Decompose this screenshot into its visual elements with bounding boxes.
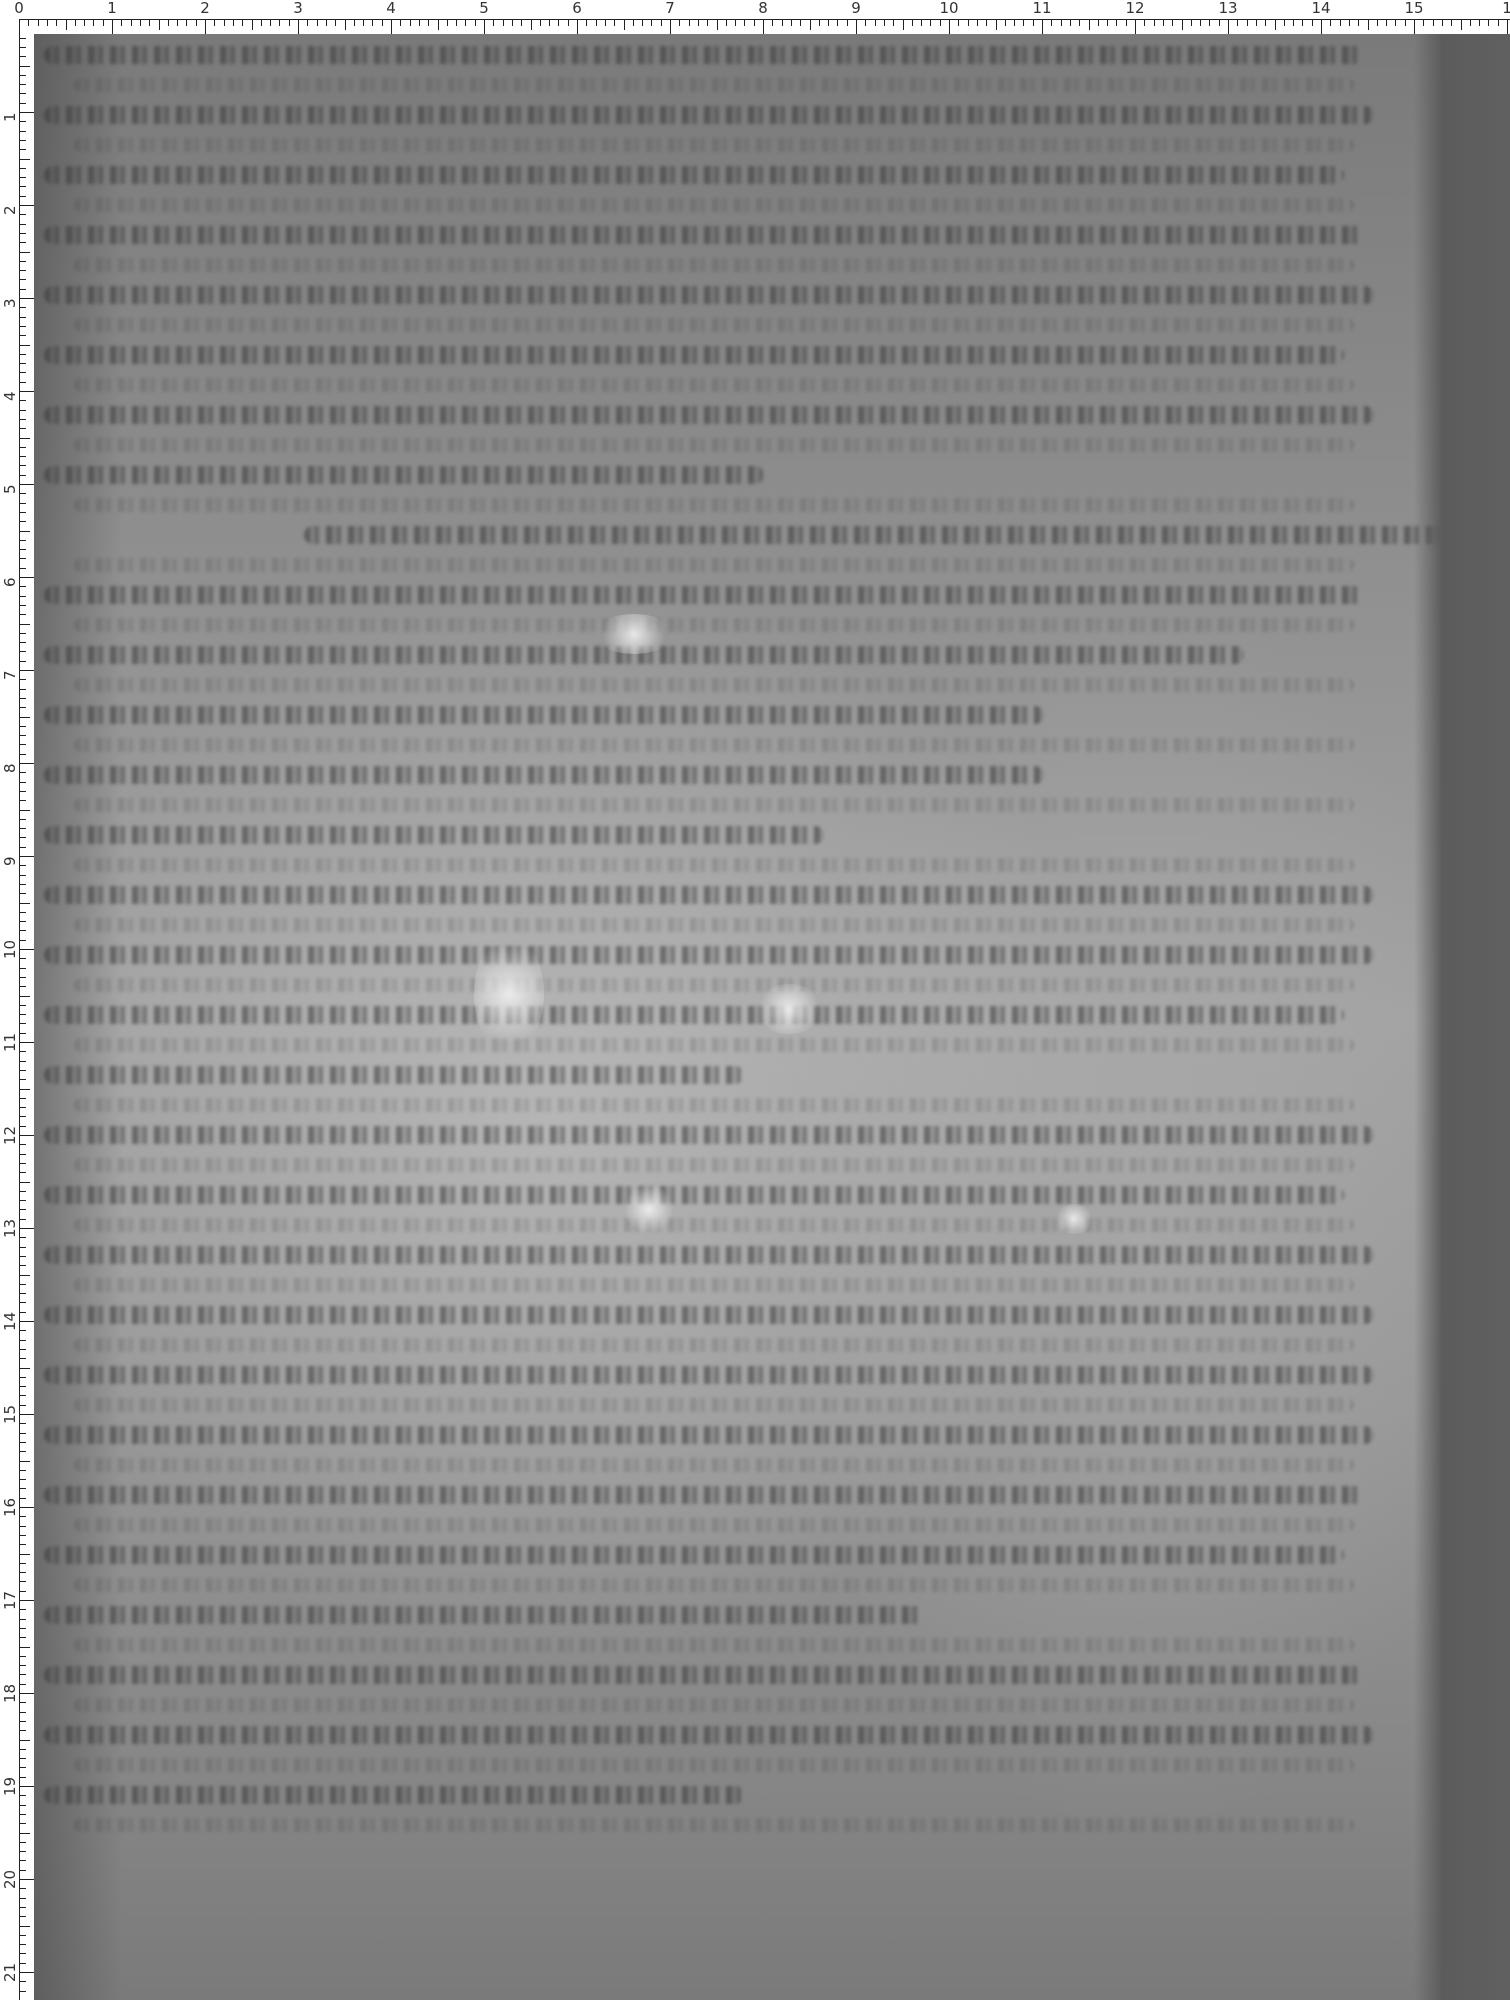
ruler-tick	[1386, 20, 1387, 26]
bleed-through-line	[74, 1398, 1354, 1412]
ruler-tick	[20, 1795, 26, 1796]
handwritten-line	[44, 586, 1364, 604]
ruler-tick	[20, 1944, 26, 1945]
ruler-tick	[772, 20, 773, 26]
ruler-tick	[20, 1935, 26, 1936]
ruler-tick	[20, 1898, 26, 1899]
ruler-tick	[20, 1981, 26, 1982]
ruler-tick	[20, 1433, 26, 1434]
ruler-tick	[20, 1805, 26, 1806]
ruler-tick	[20, 75, 26, 76]
ruler-tick	[20, 1842, 26, 1843]
ruler-tick	[20, 1647, 30, 1648]
bleed-through-line	[74, 138, 1354, 152]
ruler-tick	[20, 735, 26, 736]
ruler-tick	[717, 20, 718, 30]
ruler-label: 4	[2, 391, 18, 401]
ruler-label: 0	[14, 0, 24, 16]
ruler-tick	[1070, 20, 1071, 26]
bleed-through-line	[74, 258, 1354, 272]
ruler-tick	[651, 20, 652, 26]
ruler-tick	[20, 1851, 26, 1852]
ruler-tick	[20, 875, 26, 876]
ruler-tick	[20, 1451, 26, 1452]
bleed-through-line	[74, 1038, 1354, 1052]
ruler-tick	[20, 968, 26, 969]
ruler-tick	[20, 1395, 26, 1396]
ruler-tick	[20, 475, 26, 476]
ruler-label: 10	[2, 940, 18, 959]
ruler-tick	[1005, 20, 1006, 26]
ruler-tick	[20, 1609, 26, 1610]
handwritten-line	[44, 346, 1344, 364]
handwritten-line	[44, 46, 1364, 64]
ruler-tick	[20, 1321, 34, 1322]
ruler-tick	[214, 20, 215, 26]
ruler-label: 18	[2, 1684, 18, 1703]
ruler-tick	[447, 20, 448, 26]
ruler-tick	[568, 20, 569, 26]
ruler-tick	[20, 465, 26, 466]
ruler-tick	[475, 20, 476, 26]
ruler-tick	[354, 20, 355, 26]
ruler-tick	[1405, 20, 1406, 26]
ruler-tick	[20, 493, 26, 494]
ruler-label: 11	[2, 1033, 18, 1052]
ruler-tick	[503, 20, 504, 26]
handwritten-line	[44, 466, 764, 484]
ruler-tick	[20, 1461, 30, 1462]
ruler-tick	[1107, 20, 1108, 26]
ruler-tick	[20, 1470, 26, 1471]
ruler-tick	[20, 1907, 26, 1908]
ruler-tick	[1312, 20, 1313, 26]
ruler-tick	[75, 20, 76, 26]
ruler-tick	[20, 1144, 26, 1145]
ruler-tick	[20, 1516, 26, 1517]
ruler-tick	[633, 20, 634, 26]
ruler-tick	[20, 596, 26, 597]
handwritten-line	[44, 1306, 1374, 1324]
handwritten-line	[44, 1426, 1374, 1444]
ruler-tick	[20, 810, 30, 811]
ruler-tick	[20, 1926, 30, 1927]
bleed-through-line	[74, 798, 1354, 812]
ruler-tick	[20, 112, 34, 113]
ruler-tick	[20, 642, 26, 643]
ruler-tick	[20, 186, 26, 187]
ruler-tick	[20, 1070, 26, 1071]
ruler-tick	[1479, 20, 1480, 26]
ruler-tick	[661, 20, 662, 26]
ruler-tick	[47, 20, 48, 26]
ruler-tick	[810, 20, 811, 30]
ruler-tick	[20, 1312, 26, 1313]
ruler-tick	[20, 1572, 26, 1573]
ruler-tick	[1023, 20, 1024, 26]
ruler-label: 6	[572, 0, 582, 16]
ruler-tick	[20, 903, 30, 904]
ruler-tick	[20, 66, 30, 67]
ruler-tick	[1498, 20, 1499, 26]
ruler-tick	[270, 20, 271, 26]
ruler-tick	[20, 391, 34, 392]
ruler-tick	[1265, 20, 1266, 26]
ruler-tick	[642, 20, 643, 26]
ruler-tick	[577, 20, 578, 34]
ruler-tick	[20, 1535, 26, 1536]
ruler-tick	[800, 20, 801, 26]
ruler-tick	[20, 893, 26, 894]
ruler-tick	[1237, 20, 1238, 26]
handwritten-line	[44, 166, 1344, 184]
ruler-tick	[977, 20, 978, 26]
ruler-tick	[20, 428, 26, 429]
ruler-tick	[93, 20, 94, 26]
ruler-tick	[20, 1116, 26, 1117]
ruler-tick	[20, 1721, 26, 1722]
ruler-tick	[20, 345, 30, 346]
ruler-label: 14	[1311, 0, 1330, 16]
ruler-tick	[1358, 20, 1359, 26]
ruler-tick	[242, 20, 243, 26]
handwritten-line	[44, 1366, 1374, 1384]
ruler-label: 19	[2, 1777, 18, 1796]
ruler-tick	[20, 1163, 26, 1164]
ruler-tick	[20, 270, 26, 271]
ruler-tick	[20, 624, 30, 625]
bleed-through-line	[74, 678, 1354, 692]
ruler-tick	[540, 20, 541, 26]
handwritten-line	[44, 1066, 744, 1084]
ruler-label: 13	[1218, 0, 1237, 16]
ruler-tick	[20, 1061, 26, 1062]
ruler-tick	[335, 20, 336, 26]
ruler-tick	[103, 20, 104, 26]
ruler-tick	[968, 20, 969, 26]
ruler-tick	[1144, 20, 1145, 26]
ruler-tick	[847, 20, 848, 26]
manuscript-scan	[34, 34, 1510, 2000]
ruler-tick	[307, 20, 308, 26]
handwritten-line	[44, 226, 1364, 244]
ruler-tick	[856, 20, 857, 34]
ruler-tick	[1154, 20, 1155, 26]
ruler-label: 5	[479, 0, 489, 16]
ruler-label: 9	[2, 856, 18, 866]
ruler-tick	[996, 20, 997, 30]
ruler-tick	[20, 996, 30, 997]
ruler-label: 9	[851, 0, 861, 16]
ruler-tick	[1395, 20, 1396, 26]
ruler-tick	[20, 84, 26, 85]
ruler-tick	[20, 103, 26, 104]
bleed-through-line	[74, 1278, 1354, 1292]
ruler-tick	[493, 20, 494, 26]
ruler-tick	[20, 1758, 26, 1759]
ruler-tick	[20, 689, 26, 690]
ruler-tick	[20, 261, 26, 262]
ruler-tick	[20, 1953, 26, 1954]
ruler-tick	[20, 1209, 26, 1210]
bright-stain	[754, 984, 824, 1034]
ruler-tick	[20, 1228, 34, 1229]
ruler-tick	[20, 1042, 34, 1043]
ruler-tick	[20, 1414, 34, 1415]
ruler-tick	[596, 20, 597, 26]
ruler-tick	[20, 233, 26, 234]
ruler-tick	[140, 20, 141, 26]
ruler-tick	[893, 20, 894, 26]
bleed-through-line	[74, 1518, 1354, 1532]
ruler-tick	[754, 20, 755, 26]
ruler-tick	[438, 20, 439, 30]
ruler-tick	[735, 20, 736, 26]
ruler-tick	[20, 1302, 26, 1303]
ruler-tick	[744, 20, 745, 26]
ruler-tick	[586, 20, 587, 26]
ruler-tick	[20, 289, 26, 290]
ruler-tick	[20, 1833, 30, 1834]
ruler-tick	[1116, 20, 1117, 26]
ruler-tick	[20, 856, 34, 857]
handwritten-line	[44, 1486, 1364, 1504]
ruler-tick	[20, 382, 26, 383]
ruler-tick	[20, 1730, 26, 1731]
ruler-tick	[345, 20, 346, 30]
bleed-through-line	[74, 498, 1354, 512]
ruler-tick	[149, 20, 150, 26]
ruler-tick	[20, 1749, 26, 1750]
ruler-tick	[20, 698, 26, 699]
ruler-tick	[20, 772, 26, 773]
ruler-label: 3	[2, 298, 18, 308]
ruler-tick	[1172, 20, 1173, 26]
ruler-tick	[298, 20, 299, 34]
ruler-tick	[224, 20, 225, 26]
ruler-tick	[20, 549, 26, 550]
ruler-tick	[20, 754, 26, 755]
ruler-tick	[177, 20, 178, 26]
ruler-tick	[20, 1014, 26, 1015]
ruler-label: 10	[939, 0, 958, 16]
ruler-tick	[279, 20, 280, 26]
ruler-tick	[20, 1126, 26, 1127]
ruler-tick	[112, 20, 113, 34]
ruler-tick	[20, 512, 26, 513]
ruler-tick	[20, 884, 26, 885]
ruler-tick	[484, 20, 485, 34]
ruler-tick	[1098, 20, 1099, 26]
ruler-tick	[1451, 20, 1452, 26]
ruler-tick	[84, 20, 85, 26]
ruler-tick	[20, 1154, 26, 1155]
ruler-tick	[20, 977, 26, 978]
bright-stain	[474, 934, 544, 1054]
ruler-tick	[20, 717, 30, 718]
ruler-tick	[20, 1619, 26, 1620]
ruler-tick	[20, 1637, 26, 1638]
ruler-tick	[20, 354, 26, 355]
ruler-tick	[20, 1079, 26, 1080]
ruler-tick	[20, 1349, 26, 1350]
bleed-through-line	[74, 978, 1354, 992]
handwritten-line	[304, 526, 1510, 544]
handwritten-line	[44, 1606, 924, 1624]
handwritten-line	[44, 1126, 1374, 1144]
ruler-tick	[20, 531, 30, 532]
ruler-label: 15	[2, 1405, 18, 1424]
ruler-tick	[1014, 20, 1015, 26]
ruler-tick	[1349, 20, 1350, 26]
ruler-label: 17	[2, 1591, 18, 1610]
ruler-label: 15	[1404, 0, 1423, 16]
ruler-tick	[20, 298, 34, 299]
bleed-through-line	[74, 1098, 1354, 1112]
ruler-tick	[558, 20, 559, 26]
bleed-through-line	[74, 1218, 1354, 1232]
ruler-tick	[20, 1777, 26, 1778]
ruler-tick	[1330, 20, 1331, 26]
ruler-tick	[20, 1284, 26, 1285]
ruler-tick	[121, 20, 122, 26]
bleed-through-line	[74, 1458, 1354, 1472]
ruler-tick	[66, 20, 67, 30]
ruler-tick	[1423, 20, 1424, 26]
ruler-tick	[1126, 20, 1127, 26]
ruler-tick	[1163, 20, 1164, 26]
ruler-tick	[1191, 20, 1192, 26]
ruler-tick	[1302, 20, 1303, 26]
ruler-tick	[940, 20, 941, 26]
ruler-tick	[828, 20, 829, 26]
ruler-tick	[20, 1814, 26, 1815]
ruler-tick	[20, 419, 26, 420]
ruler-tick	[20, 661, 26, 662]
ruler-tick	[949, 20, 950, 34]
ruler-label: 6	[2, 577, 18, 587]
ruler-tick	[20, 1581, 26, 1582]
ruler-tick	[20, 521, 26, 522]
ruler-tick	[20, 252, 30, 253]
ruler-tick	[20, 1219, 26, 1220]
ruler-tick	[20, 1358, 26, 1359]
ruler-tick	[20, 679, 26, 680]
ruler-tick	[20, 1963, 26, 1964]
ruler-label: 12	[1125, 0, 1144, 16]
ruler-tick	[549, 20, 550, 26]
ruler-tick	[726, 20, 727, 26]
ruler-tick	[865, 20, 866, 26]
ruler-label: 13	[2, 1219, 18, 1238]
ruler-tick	[20, 1674, 26, 1675]
ruler-tick	[20, 1693, 34, 1694]
ruler-tick	[837, 20, 838, 26]
ruler-tick	[1135, 20, 1136, 34]
handwritten-line	[44, 406, 1374, 424]
bright-stain	[624, 1184, 674, 1234]
ruler-tick	[1042, 20, 1043, 34]
ruler-tick	[363, 20, 364, 26]
ruler-tick	[20, 1767, 26, 1768]
handwritten-line	[44, 1246, 1374, 1264]
ruler-tick	[20, 828, 26, 829]
ruler-tick	[1089, 20, 1090, 30]
ruler-tick	[20, 1247, 26, 1248]
ruler-tick	[614, 20, 615, 26]
bleed-through-line	[74, 738, 1354, 752]
ruler-tick	[20, 1237, 26, 1238]
ruler-tick	[1256, 20, 1257, 26]
ruler-tick	[20, 558, 26, 559]
ruler-tick	[372, 20, 373, 26]
ruler-tick	[20, 140, 26, 141]
ruler-tick	[707, 20, 708, 26]
ruler-tick	[1079, 20, 1080, 26]
ruler-tick	[20, 1386, 26, 1387]
ruler-tick	[20, 456, 26, 457]
ruler-tick	[20, 1591, 26, 1592]
ruler-tick	[196, 20, 197, 26]
ruler-label: 2	[2, 205, 18, 215]
ruler-label: 11	[1032, 0, 1051, 16]
handwritten-line	[44, 706, 1044, 724]
ruler-label: 1	[2, 112, 18, 122]
bleed-through-line	[74, 1818, 1354, 1832]
handwritten-line	[44, 826, 824, 844]
ruler-tick	[20, 242, 26, 243]
ruler-label: 8	[2, 763, 18, 773]
ruler-tick	[20, 149, 26, 150]
ruler-tick	[186, 20, 187, 26]
ruler-tick	[20, 1089, 30, 1090]
bleed-through-line	[74, 558, 1354, 572]
ruler-tick	[20, 614, 26, 615]
ruler-tick	[20, 317, 26, 318]
ruler-tick	[819, 20, 820, 26]
ruler-tick	[670, 20, 671, 34]
ruler-tick	[20, 1823, 26, 1824]
bright-stain	[594, 614, 674, 654]
ruler-tick	[782, 20, 783, 26]
bleed-through-line	[74, 1578, 1354, 1592]
ruler-tick	[698, 20, 699, 26]
ruler-label: 7	[665, 0, 675, 16]
ruler-tick	[20, 1135, 34, 1136]
ruler-label: 5	[2, 484, 18, 494]
horizontal-ruler: 01234567891011121314151	[0, 0, 1510, 34]
ruler-tick	[20, 1023, 26, 1024]
ruler-tick	[1340, 20, 1341, 26]
ruler-tick	[20, 1656, 26, 1657]
ruler-tick	[689, 20, 690, 26]
ruler-tick	[410, 20, 411, 26]
ruler-tick	[20, 837, 26, 838]
ruler-tick	[20, 791, 26, 792]
ruler-tick	[20, 1172, 26, 1173]
ruler-tick	[20, 986, 26, 987]
ruler-tick	[20, 1005, 26, 1006]
ruler-tick	[1033, 20, 1034, 26]
ruler-label: 8	[758, 0, 768, 16]
ruler-tick	[20, 93, 26, 94]
ruler-tick	[20, 1916, 26, 1917]
ruler-tick	[20, 1368, 30, 1369]
ruler-tick	[1377, 20, 1378, 26]
ruler-tick	[20, 1033, 26, 1034]
ruler-tick	[400, 20, 401, 26]
ruler-tick	[20, 38, 26, 39]
